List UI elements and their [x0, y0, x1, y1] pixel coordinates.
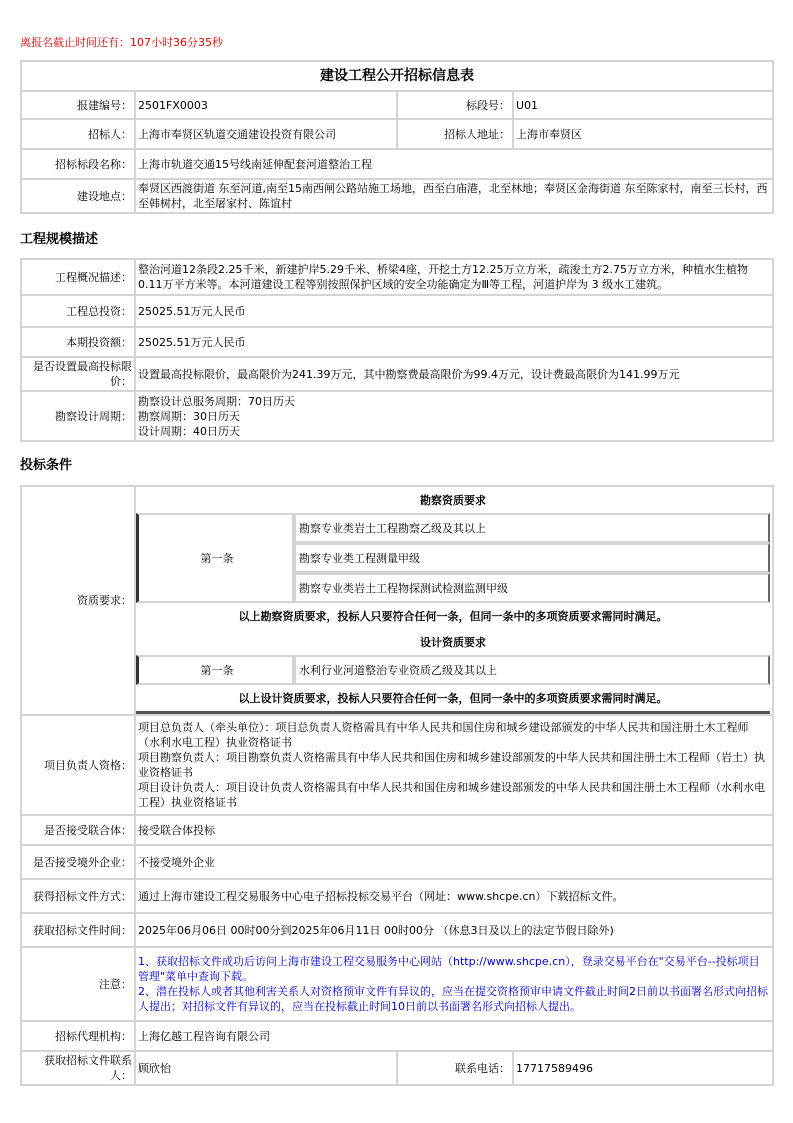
agency-value: 上海亿越工程咨询有限公司 — [135, 1021, 773, 1051]
period-label: 勘察设计周期： — [21, 391, 135, 441]
design-header: 设计资质要求 — [136, 629, 770, 655]
tenderer-label: 招标人： — [21, 119, 135, 149]
section-name-value: 上海市轨道交通15号线南延伸配套河道整治工程 — [135, 149, 773, 179]
obtain-time-value: 2025年06月06日 00时00分到2025年06月11日 00时00分 （休… — [135, 913, 773, 947]
contact-label: 获取招标文件联系人： — [21, 1051, 135, 1085]
design-note: 以上设计资质要求，投标人只要符合任何一条，但同一条中的多项资质要求需同时满足。 — [136, 685, 770, 714]
total-invest-value: 25025.51万元人民币 — [135, 295, 773, 327]
manager-value: 项目总负责人（牵头单位）：项目总负责人资格需具有中华人民共和国住房和城乡建设部颁… — [135, 715, 773, 815]
phase-invest-label: 本期投资额： — [21, 327, 135, 357]
consortium-value: 接受联合体投标 — [135, 815, 773, 845]
design-item: 水利行业河道整治专业资质乙级及其以上 — [294, 655, 770, 685]
basic-info-table: 建设工程公开招标信息表 报建编号： 2501FX0003 标段号： U01 招标… — [20, 60, 774, 214]
total-invest-label: 工程总投资： — [21, 295, 135, 327]
section-no-label: 标段号： — [397, 91, 513, 119]
survey-item: 勘察专业类工程测量甲级 — [294, 543, 770, 573]
phase-invest-value: 25025.51万元人民币 — [135, 327, 773, 357]
period-line: 勘察周期：30日历天 — [138, 409, 770, 424]
max-price-value: 设置最高投标限价，最高限价为241.39万元，其中勘察费最高限价为99.4万元，… — [135, 357, 773, 391]
notice-line: 2、潜在投标人或者其他利害关系人对资格预审文件有异议的，应当在提交资格预审申请文… — [138, 984, 770, 1014]
phone-label: 联系电话： — [397, 1051, 513, 1085]
survey-note: 以上勘察资质要求，投标人只要符合任何一条，但同一条中的多项资质要求需同时满足。 — [136, 603, 770, 629]
notice-value: 1、获取招标文件成功后访问上海市建设工程交易服务中心网站（http://www.… — [135, 947, 773, 1021]
section-no-value: U01 — [513, 91, 773, 119]
phone-value: 17717589496 — [513, 1051, 773, 1085]
manager-line: 项目勘察负责人：项目勘察负责人资格需具有中华人民共和国住房和城乡建设部颁发的中华… — [138, 750, 770, 780]
tenderer-addr-value: 上海市奉贤区 — [513, 119, 773, 149]
qualification-table: 勘察资质要求 第一条 勘察专业类岩土工程勘察乙级及其以上 勘察专业类工程测量甲级… — [136, 487, 770, 714]
manager-line: 项目设计负责人：项目设计负责人资格需具有中华人民共和国住房和城乡建设部颁发的中华… — [138, 780, 770, 810]
obtain-time-label: 获取招标文件时间： — [21, 913, 135, 947]
registration-countdown: 离报名截止时间还有：107小时36分35秒 — [20, 34, 223, 50]
manager-line: 项目总负责人（牵头单位）：项目总负责人资格需具有中华人民共和国住房和城乡建设部颁… — [138, 720, 770, 750]
agency-label: 招标代理机构： — [21, 1021, 135, 1051]
period-value: 勘察设计总服务周期：70日历天 勘察周期：30日历天 设计周期：40日历天 — [135, 391, 773, 441]
report-no-label: 报建编号： — [21, 91, 135, 119]
period-line: 设计周期：40日历天 — [138, 424, 770, 439]
conditions-heading: 投标条件 — [20, 454, 72, 473]
section-name-label: 招标标段名称： — [21, 149, 135, 179]
foreign-value: 不接受境外企业 — [135, 845, 773, 879]
qual-container: 勘察资质要求 第一条 勘察专业类岩土工程勘察乙级及其以上 勘察专业类工程测量甲级… — [135, 486, 773, 715]
survey-clause: 第一条 — [136, 513, 294, 603]
obtain-method-label: 获得招标文件方式： — [21, 879, 135, 913]
site-label: 建设地点： — [21, 179, 135, 213]
notice-label: 注意： — [21, 947, 135, 1021]
max-price-label: 是否设置最高投标限价： — [21, 357, 135, 391]
survey-item: 勘察专业类岩土工程物探测试检测监测甲级 — [294, 573, 770, 603]
overview-label: 工程概况描述： — [21, 259, 135, 295]
tenderer-value: 上海市奉贤区轨道交通建设投资有限公司 — [135, 119, 397, 149]
survey-header: 勘察资质要求 — [136, 487, 770, 513]
conditions-table: 资质要求： 勘察资质要求 第一条 勘察专业类岩土工程勘察乙级及其以上 勘察专业类… — [20, 485, 774, 1086]
qual-label: 资质要求： — [21, 486, 135, 715]
tenderer-addr-label: 招标人地址： — [397, 119, 513, 149]
report-no-value: 2501FX0003 — [135, 91, 397, 119]
notice-line: 1、获取招标文件成功后访问上海市建设工程交易服务中心网站（http://www.… — [138, 954, 770, 984]
consortium-label: 是否接受联合体： — [21, 815, 135, 845]
scale-table: 工程概况描述： 整治河道12条段2.25千米，新建护岸5.29千米、桥梁4座，开… — [20, 258, 774, 442]
overview-value: 整治河道12条段2.25千米，新建护岸5.29千米、桥梁4座，开挖土方12.25… — [135, 259, 773, 295]
contact-value: 顾欣怡 — [135, 1051, 397, 1085]
manager-label: 项目负责人资格： — [21, 715, 135, 815]
foreign-label: 是否接受境外企业： — [21, 845, 135, 879]
site-value: 奉贤区西渡街道 东至河道,南至15南西闸公路站施工场地，西至白庙港，北至林地；奉… — [135, 179, 773, 213]
scale-heading: 工程规模描述 — [20, 228, 98, 247]
design-clause: 第一条 — [136, 655, 294, 685]
period-line: 勘察设计总服务周期：70日历天 — [138, 394, 770, 409]
obtain-method-value: 通过上海市建设工程交易服务中心电子招标投标交易平台（网址：www.shcpe.c… — [135, 879, 773, 913]
page-title: 建设工程公开招标信息表 — [21, 61, 773, 91]
survey-item: 勘察专业类岩土工程勘察乙级及其以上 — [294, 513, 770, 543]
